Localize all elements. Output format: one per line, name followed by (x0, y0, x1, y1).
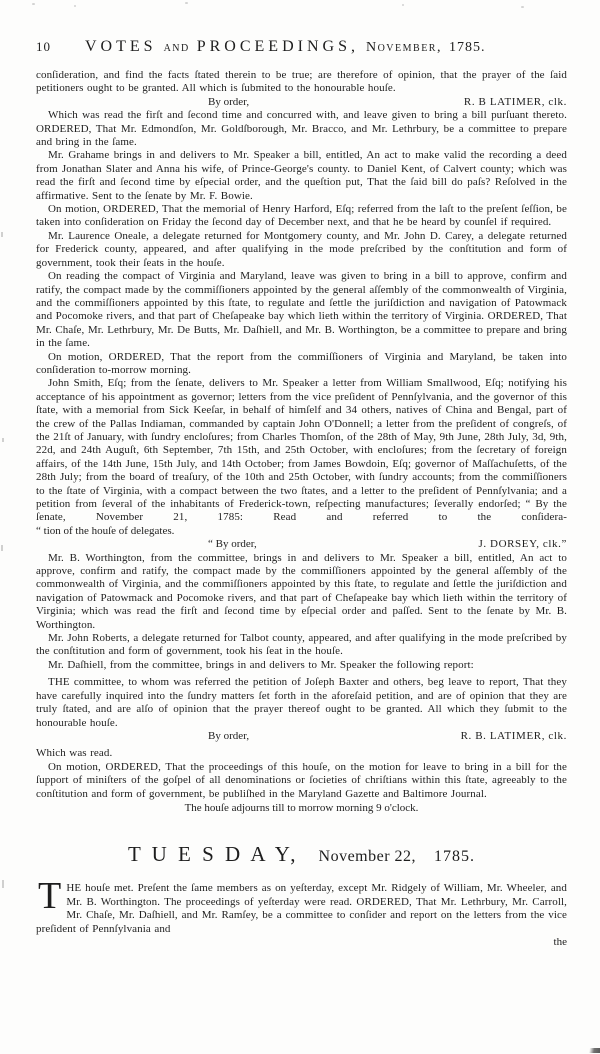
clerk-signature: R. B. LATIMER, clk. (461, 730, 567, 743)
title-month: November, (366, 40, 442, 56)
paragraph-harford-memorial: On motion, ORDERED, That the memorial of… (36, 203, 567, 230)
scan-edge-mark (1, 545, 3, 551)
scan-speckle (32, 3, 35, 5)
scan-corner-smudge (585, 1048, 600, 1053)
paragraph-dashiell-report: Mr. Daſhiell, from the committee, brings… (36, 659, 567, 672)
paragraph-bill-concurred: Which was read the firſt and ſecond time… (36, 109, 567, 149)
quote-continuation-line: “ tion of the houſe of delegates. (36, 525, 567, 538)
session-heading: T U E S D A Y, November 22, 1785. (36, 842, 567, 867)
by-order-row: “ By order, J. DORSEY, clk.” (36, 538, 567, 551)
title-and: AND (164, 43, 190, 54)
paragraph-gospel-ministers: On motion, ORDERED, That the proceedings… (36, 761, 567, 801)
page-number: 10 (36, 39, 51, 55)
adjournment-line: The houſe adjourns till to morrow mornin… (36, 802, 567, 815)
session-paragraph-text: HE houſe met. Preſent the ſame members a… (36, 882, 567, 934)
scanned-document-page: 10 VOTES AND PROCEEDINGS, November, 1785… (0, 0, 600, 1054)
running-title: VOTES AND PROCEEDINGS, November, 1785. (85, 38, 485, 56)
scan-edge-mark (1, 232, 3, 237)
scan-speckle (74, 5, 76, 7)
page-header: 10 VOTES AND PROCEEDINGS, November, 1785… (36, 38, 567, 56)
session-year: 1785. (434, 848, 475, 865)
paragraph-senate-letters: John Smith, Eſq; from the ſenate, delive… (36, 377, 567, 524)
catchword: the (36, 936, 567, 949)
clerk-signature: J. DORSEY, clk.” (478, 538, 567, 551)
paragraph-grahame-bill: Mr. Grahame brings in and delivers to Mr… (36, 149, 567, 203)
scan-speckle (185, 2, 188, 4)
paragraph-worthington-bill: Mr. B. Worthington, from the committee, … (36, 552, 567, 632)
title-votes: VOTES (85, 38, 157, 56)
scan-edge-mark (2, 880, 4, 888)
paragraph-delegates-seated: Mr. Laurence Oneale, a delegate returned… (36, 230, 567, 270)
scan-speckle (521, 6, 524, 8)
paragraph-continuation: conſideration, and find the facts ſtated… (36, 69, 567, 96)
paragraph-virginia-compact: On reading the compact of Virginia and M… (36, 270, 567, 350)
scan-speckle (402, 4, 404, 6)
session-day: T U E S D A Y, (128, 842, 299, 866)
title-proceedings: PROCEEDINGS, (197, 38, 359, 56)
by-order-label: By order, (208, 96, 249, 109)
scan-edge-mark (2, 438, 4, 442)
by-order-row: By order, R. B LATIMER, clk. (36, 96, 567, 109)
paragraph-committee-baxter: THE committee, to whom was referred the … (36, 676, 567, 730)
clerk-signature: R. B LATIMER, clk. (464, 96, 567, 109)
paragraph-which-was-read: Which was read. (36, 747, 567, 760)
drop-cap: T (36, 882, 66, 910)
session-date: November 22, (319, 848, 417, 865)
paragraph-roberts-seated: Mr. John Roberts, a delegate returned fo… (36, 632, 567, 659)
by-order-label: “ By order, (208, 538, 257, 551)
by-order-label: By order, (208, 730, 249, 743)
session-opening-paragraph: THE houſe met. Preſent the ſame members … (36, 882, 567, 936)
paragraph-commissioners-report: On motion, ORDERED, That the report from… (36, 351, 567, 378)
by-order-row: By order, R. B. LATIMER, clk. (36, 730, 567, 743)
title-year: 1785. (449, 40, 486, 56)
